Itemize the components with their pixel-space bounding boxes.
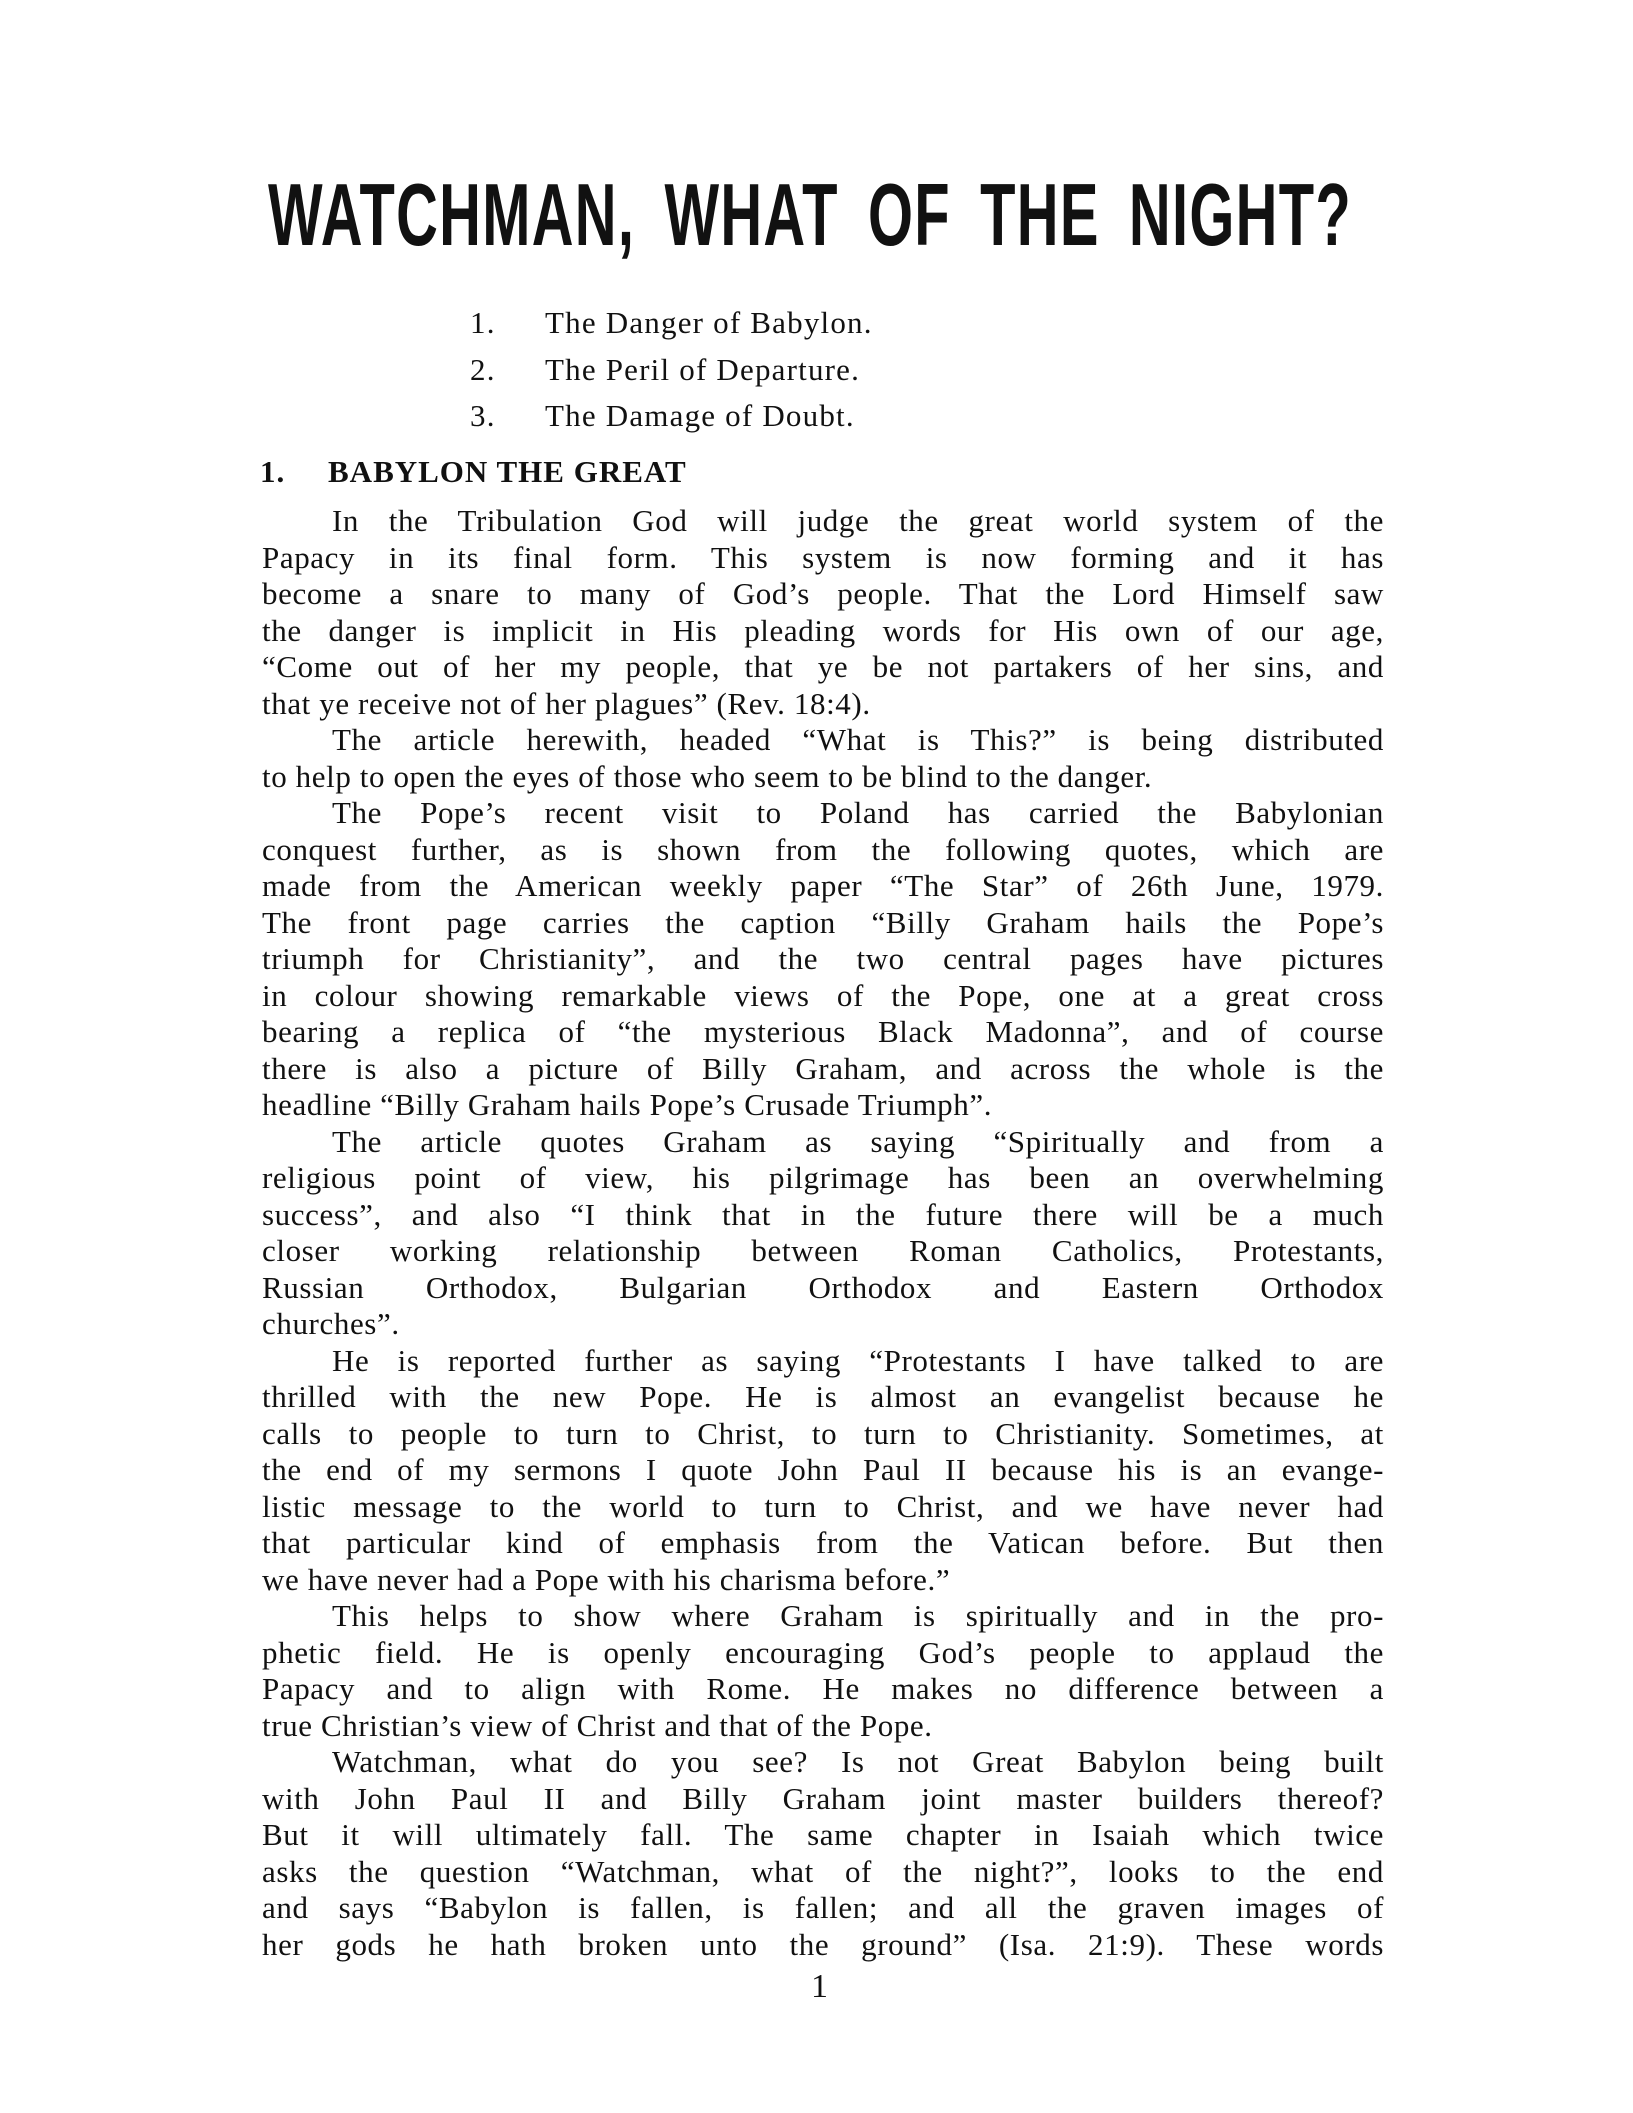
section-heading: 1.BABYLON THE GREAT [260, 452, 687, 492]
outline-list: 1.The Danger of Babylon.2.The Peril of D… [470, 300, 1070, 440]
text-line: success”, and also “I think that in the … [262, 1197, 1384, 1234]
outline-item-number: 3. [470, 393, 545, 440]
text-line: The front page carries the caption “Bill… [262, 905, 1384, 942]
paragraph: He is reported further as saying “Protes… [262, 1343, 1384, 1599]
text-line: This helps to show where Graham is spiri… [262, 1598, 1384, 1635]
text-line: become a snare to many of God’s people. … [262, 576, 1384, 613]
text-line: thrilled with the new Pope. He is almost… [262, 1379, 1384, 1416]
text-line: that ye receive not of her plagues” (Rev… [262, 686, 1384, 723]
text-line: Watchman, what do you see? Is not Great … [262, 1744, 1384, 1781]
text-line: with John Paul II and Billy Graham joint… [262, 1781, 1384, 1818]
text-line: “Come out of her my people, that ye be n… [262, 649, 1384, 686]
text-line: closer working relationship between Roma… [262, 1233, 1384, 1270]
text-line: made from the American weekly paper “The… [262, 868, 1384, 905]
text-line: conquest further, as is shown from the f… [262, 832, 1384, 869]
document-title: WATCHMAN, WHAT OF THE NIGHT? [268, 170, 1352, 260]
text-line: phetic field. He is openly encouraging G… [262, 1635, 1384, 1672]
outline-item-text: The Damage of Doubt. [545, 398, 855, 433]
page-number: 1 [0, 1968, 1633, 2006]
text-line: headline “Billy Graham hails Pope’s Crus… [262, 1087, 1384, 1124]
outline-item-number: 2. [470, 347, 545, 394]
document-page: WATCHMAN, WHAT OF THE NIGHT? 1.The Dange… [0, 0, 1633, 2113]
outline-item-text: The Danger of Babylon. [545, 305, 873, 340]
outline-item: 1.The Danger of Babylon. [470, 300, 1070, 347]
document-title-text: WATCHMAN, WHAT OF THE NIGHT? [268, 170, 1352, 260]
text-line: The Pope’s recent visit to Poland has ca… [262, 795, 1384, 832]
paragraph: The Pope’s recent visit to Poland has ca… [262, 795, 1384, 1124]
paragraph: This helps to show where Graham is spiri… [262, 1598, 1384, 1744]
text-line: The article herewith, headed “What is Th… [262, 722, 1384, 759]
text-line: the end of my sermons I quote John Paul … [262, 1452, 1384, 1489]
text-line: in colour showing remarkable views of th… [262, 978, 1384, 1015]
text-line: there is also a picture of Billy Graham,… [262, 1051, 1384, 1088]
text-line: calls to people to turn to Christ, to tu… [262, 1416, 1384, 1453]
text-line: In the Tribulation God will judge the gr… [262, 503, 1384, 540]
text-line: asks the question “Watchman, what of the… [262, 1854, 1384, 1891]
text-line: He is reported further as saying “Protes… [262, 1343, 1384, 1380]
text-line: But it will ultimately fall. The same ch… [262, 1817, 1384, 1854]
text-line: bearing a replica of “the mysterious Bla… [262, 1014, 1384, 1051]
text-line: Russian Orthodox, Bulgarian Orthodox and… [262, 1270, 1384, 1307]
body-text: In the Tribulation God will judge the gr… [262, 503, 1384, 1963]
text-line: religious point of view, his pilgrimage … [262, 1160, 1384, 1197]
text-line: listic message to the world to turn to C… [262, 1489, 1384, 1526]
text-line: we have never had a Pope with his charis… [262, 1562, 1384, 1599]
section-title: BABYLON THE GREAT [328, 454, 687, 489]
outline-item: 2.The Peril of Departure. [470, 347, 1070, 394]
text-line: that particular kind of emphasis from th… [262, 1525, 1384, 1562]
text-line: to help to open the eyes of those who se… [262, 759, 1384, 796]
text-line: and says “Babylon is fallen, is fallen; … [262, 1890, 1384, 1927]
text-line: Papacy in its final form. This system is… [262, 540, 1384, 577]
text-line: triumph for Christianity”, and the two c… [262, 941, 1384, 978]
outline-item-text: The Peril of Departure. [545, 352, 860, 387]
text-line: true Christian’s view of Christ and that… [262, 1708, 1384, 1745]
text-line: the danger is implicit in His pleading w… [262, 613, 1384, 650]
section-number: 1. [260, 452, 328, 492]
outline-item: 3.The Damage of Doubt. [470, 393, 1070, 440]
paragraph: The article herewith, headed “What is Th… [262, 722, 1384, 795]
paragraph: The article quotes Graham as saying “Spi… [262, 1124, 1384, 1343]
text-line: The article quotes Graham as saying “Spi… [262, 1124, 1384, 1161]
text-line: Papacy and to align with Rome. He makes … [262, 1671, 1384, 1708]
outline-item-number: 1. [470, 300, 545, 347]
text-line: churches”. [262, 1306, 1384, 1343]
paragraph: Watchman, what do you see? Is not Great … [262, 1744, 1384, 1963]
text-line: her gods he hath broken unto the ground”… [262, 1927, 1384, 1964]
paragraph: In the Tribulation God will judge the gr… [262, 503, 1384, 722]
